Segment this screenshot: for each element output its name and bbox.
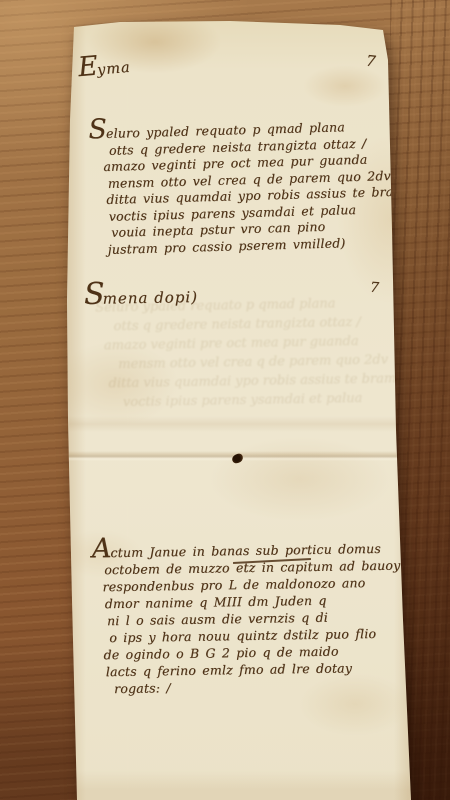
paper-sheet: Seluro ypaled requato p qmad plana otts … (60, 14, 416, 800)
fold-shadow (60, 416, 416, 432)
bleedthrough-text: Seluro ypaled requato p qmad plana otts … (95, 293, 397, 412)
folio-mark-top: 7 (365, 52, 376, 71)
header-annotation: Eyma (77, 48, 132, 83)
manuscript-line: rogats: / (114, 676, 402, 698)
folio-mark-middle: 7 (369, 280, 379, 297)
manuscript-paper: Seluro ypaled requato p qmad plana otts … (60, 14, 416, 800)
upper-text-block: Seluro ypaled requato p qmad plana otts … (88, 114, 407, 259)
section-heading-note: Smena dopi) (84, 275, 199, 312)
bleedthrough-line: voctis ipius parens ysamdai et palua (123, 388, 397, 412)
lower-text-block: Actum Janue in banas sub porticu domus o… (92, 536, 403, 698)
manuscript-photo: Seluro ypaled requato p qmad plana otts … (0, 0, 450, 800)
